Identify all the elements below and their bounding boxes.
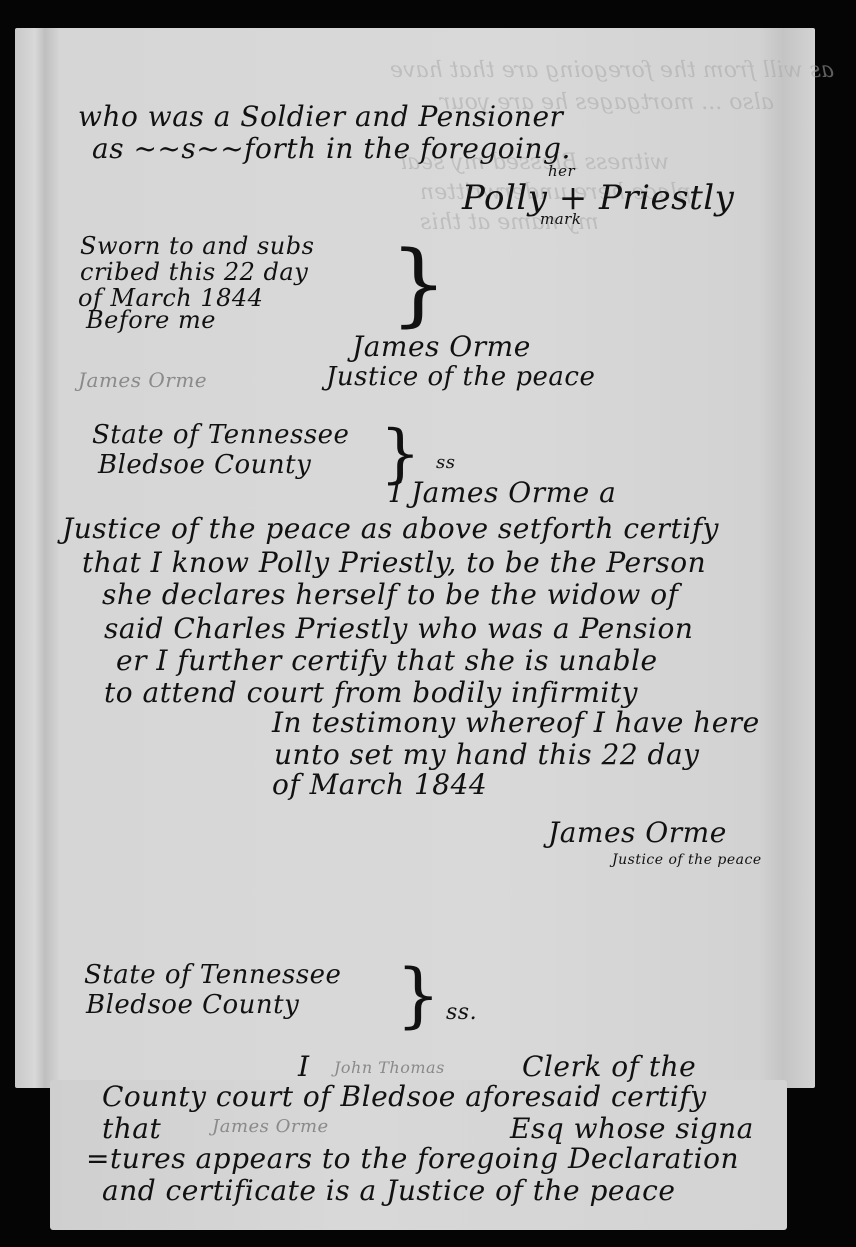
text-line: er I further certify that she is unable <box>116 644 658 677</box>
testimony-line: In testimony whereof I have here <box>272 706 760 739</box>
testimony-line: unto set my hand this 22 day <box>274 738 700 771</box>
ss-mark: ss. <box>446 1000 477 1025</box>
jurat-title: Justice of the peace <box>326 362 595 392</box>
inline-faint-name: James Orme <box>212 1116 329 1137</box>
signature-mark: mark <box>540 210 581 228</box>
text-line: that I know Polly Priestly, to be the Pe… <box>82 546 706 579</box>
text-line: who was a Soldier and Pensioner <box>78 100 563 133</box>
venue-county: Bledsoe County <box>98 450 311 480</box>
brace: } <box>396 960 441 1030</box>
text-line: I James Orme a <box>390 476 616 509</box>
text-line: as ~~s~~forth in the foregoing. <box>92 132 571 165</box>
section2-title: Justice of the peace <box>612 852 762 868</box>
jurat-faint-name: James Orme <box>78 368 207 392</box>
jurat-line: Sworn to and subs <box>80 232 314 260</box>
intro-suffix: Clerk of the <box>522 1050 696 1083</box>
jurat-line: cribed this 22 day <box>80 258 308 286</box>
bleed-through-text: as will from the foregoing are that have <box>390 58 834 83</box>
text-line: that <box>102 1112 161 1145</box>
section2-signer: James Orme <box>548 816 727 849</box>
ss-mark: ss <box>436 452 455 473</box>
venue-county: Bledsoe County <box>86 990 299 1020</box>
text-line: to attend court from bodily infirmity <box>104 676 638 709</box>
signature-polly-priestly: Polly + Priestly <box>462 178 734 218</box>
testimony-line: of March 1844 <box>272 768 487 801</box>
clerk-name-faint: John Thomas <box>334 1058 445 1077</box>
text-line: County court of Bledsoe aforesaid certif… <box>102 1080 707 1113</box>
text-line: and certificate is a Justice of the peac… <box>102 1174 675 1207</box>
intro-prefix: I <box>298 1050 310 1083</box>
venue-state: State of Tennessee <box>92 420 349 450</box>
text-line: said Charles Priestly who was a Pension <box>104 612 693 645</box>
text-line: she declares herself to be the widow of <box>102 578 679 611</box>
jurat-signer: James Orme <box>352 330 531 363</box>
brace: } <box>390 240 447 330</box>
text-line: =tures appears to the foregoing Declarat… <box>86 1142 739 1175</box>
venue-state: State of Tennessee <box>84 960 341 990</box>
text-line: Esq whose signa <box>510 1112 754 1145</box>
jurat-line: Before me <box>86 306 216 334</box>
text-line: Justice of the peace as above setforth c… <box>62 512 719 545</box>
